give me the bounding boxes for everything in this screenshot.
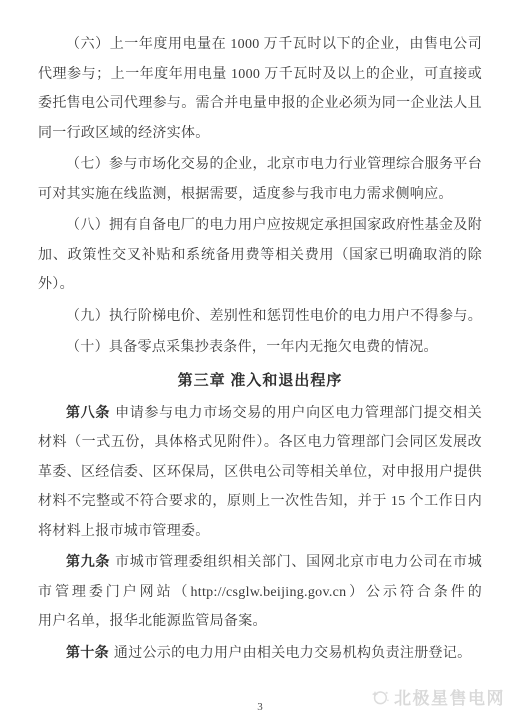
item-9: （九）执行阶梯电价、差别性和惩罚性电价的电力用户不得参与。: [38, 302, 482, 332]
text-line: （七）参与市场化交易的企业，北京市电力行业管理综合服务平台: [38, 150, 482, 180]
item-7: （七）参与市场化交易的企业，北京市电力行业管理综合服务平台可对其实施在线监测，根…: [38, 150, 482, 209]
text-line: （十）具备零点采集抄表条件，一年内无拖欠电费的情况。: [38, 333, 482, 363]
text-line: 加、政策性交叉补贴和系统备用费等相关费用（国家已明确取消的除: [38, 241, 482, 271]
watermark: 北极星售电网: [370, 684, 505, 709]
text-line: 可对其实施在线监测，根据需要，适度参与我市电力需求侧响应。: [38, 180, 482, 210]
article-8: 第八条申请参与电力市场交易的用户向区电力管理部门提交相关材料（一式五份，具体格式…: [38, 399, 482, 547]
document-body: （六）上一年度用电量在 1000 万千瓦时以下的企业，由售电公司代理参与；上一年…: [38, 30, 482, 668]
text-line: 外）。: [38, 270, 482, 300]
article-text: 市城市管理委组织相关部门、国网北京市电力公司在市城: [115, 555, 482, 570]
article-text: 通过公示的电力用户由相关电力交易机构负责注册登记。: [114, 646, 472, 661]
text-line: 第十条通过公示的电力用户由相关电力交易机构负责注册登记。: [38, 639, 482, 669]
text-line: 革委、区经信委、区环保局，区供电公司等相关单位，对申报用户提供: [38, 458, 482, 488]
text-line: （八）拥有自备电厂的电力用户应按规定承担国家政府性基金及附: [38, 211, 482, 241]
item-10: （十）具备零点采集抄表条件，一年内无拖欠电费的情况。: [38, 333, 482, 363]
article-10: 第十条通过公示的电力用户由相关电力交易机构负责注册登记。: [38, 639, 482, 669]
text-line: 将材料上报市城市管理委。: [38, 517, 482, 547]
item-8: （八）拥有自备电厂的电力用户应按规定承担国家政府性基金及附加、政策性交叉补贴和系…: [38, 211, 482, 300]
polaris-star-logo-icon: [370, 687, 390, 707]
document-page: （六）上一年度用电量在 1000 万千瓦时以下的企业，由售电公司代理参与；上一年…: [0, 0, 520, 720]
text-line: 代理参与；上一年度年用电量 1000 万千瓦时及以上的企业，可直接或: [38, 60, 482, 90]
article-9: 第九条市城市管理委组织相关部门、国网北京市电力公司在市城市管理委门户网站（htt…: [38, 548, 482, 637]
text-line: 材料（一式五份，具体格式见附件）。各区电力管理部门会同区发展改: [38, 428, 482, 458]
article-number: 第九条: [66, 555, 110, 570]
chapter-heading: 第三章 准入和退出程序: [38, 366, 482, 396]
article-text: 申请参与电力市场交易的用户向区电力管理部门提交相关: [115, 406, 482, 421]
text-line: 委托售电公司代理参与。需合并电量申报的企业必须为同一企业法人且: [38, 89, 482, 119]
text-line: 同一行政区域的经济实体。: [38, 119, 482, 149]
text-line: （九）执行阶梯电价、差别性和惩罚性电价的电力用户不得参与。: [38, 302, 482, 332]
text-line: 用户名单，报华北能源监管局备案。: [38, 607, 482, 637]
article-number: 第八条: [66, 406, 110, 421]
text-line: 市管理委门户网站（http://csglw.beijing.gov.cn）公示符…: [38, 578, 482, 608]
watermark-label: 北极星售电网: [394, 684, 505, 709]
item-6: （六）上一年度用电量在 1000 万千瓦时以下的企业，由售电公司代理参与；上一年…: [38, 30, 482, 148]
text-line: （六）上一年度用电量在 1000 万千瓦时以下的企业，由售电公司: [38, 30, 482, 60]
text-line: 第九条市城市管理委组织相关部门、国网北京市电力公司在市城: [38, 548, 482, 578]
article-number: 第十条: [66, 646, 109, 661]
text-line: 材料不完整或不符合要求的，原则上一次性告知，并于 15 个工作日内: [38, 487, 482, 517]
text-line: 第八条申请参与电力市场交易的用户向区电力管理部门提交相关: [38, 399, 482, 429]
